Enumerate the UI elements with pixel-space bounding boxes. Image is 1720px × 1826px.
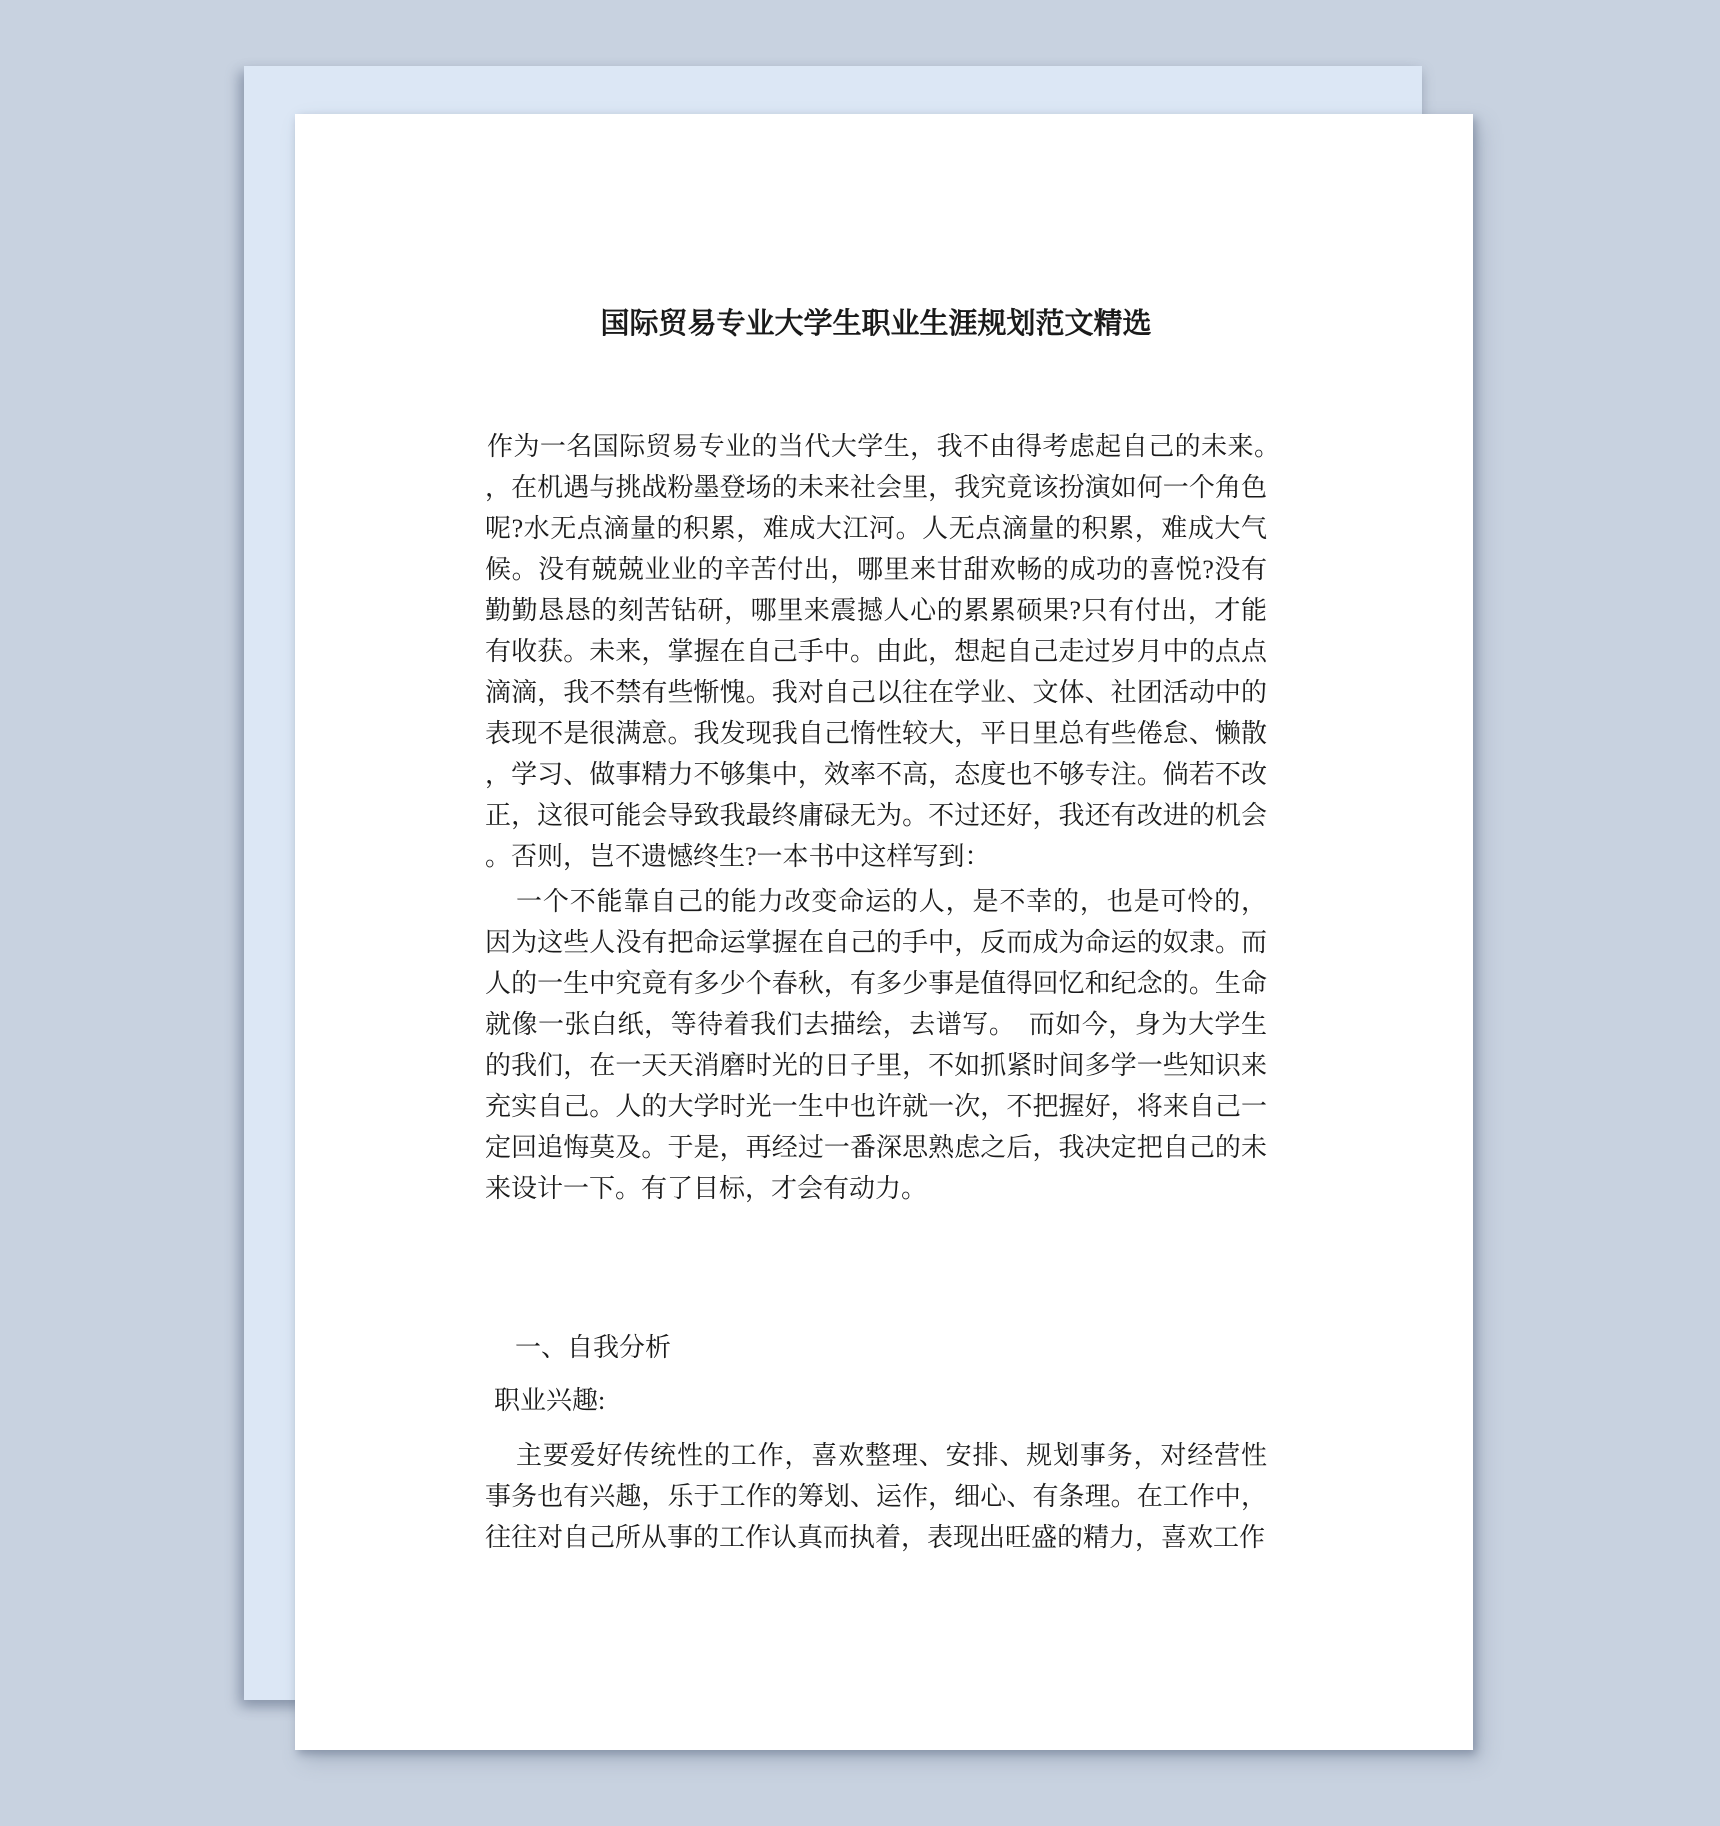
paragraph-book-quote: 一个不能靠自己的能力改变命运的人，是不幸的，也是可怜的，因为这些人没有把命运掌握… [485, 881, 1267, 1209]
page-content: 国际贸易专业大学生职业生涯规划范文精选 作为一名国际贸易专业的当代大学生，我不由… [485, 114, 1267, 1558]
document-page: 国际贸易专业大学生职业生涯规划范文精选 作为一名国际贸易专业的当代大学生，我不由… [295, 114, 1473, 1750]
document-title: 国际贸易专业大学生职业生涯规划范文精选 [485, 306, 1267, 342]
paragraph-career-interest: 主要爱好传统性的工作，喜欢整理、安排、规划事务，对经营性事务也有兴趣，乐于工作的… [485, 1435, 1267, 1558]
subsection-label-career-interest: 职业兴趣: [494, 1380, 1267, 1421]
paragraph-introduction: 作为一名国际贸易专业的当代大学生，我不由得考虑起自己的未来。，在机遇与挑战粉墨登… [485, 426, 1267, 877]
section-heading-self-analysis: 一、自我分析 [515, 1327, 1267, 1368]
